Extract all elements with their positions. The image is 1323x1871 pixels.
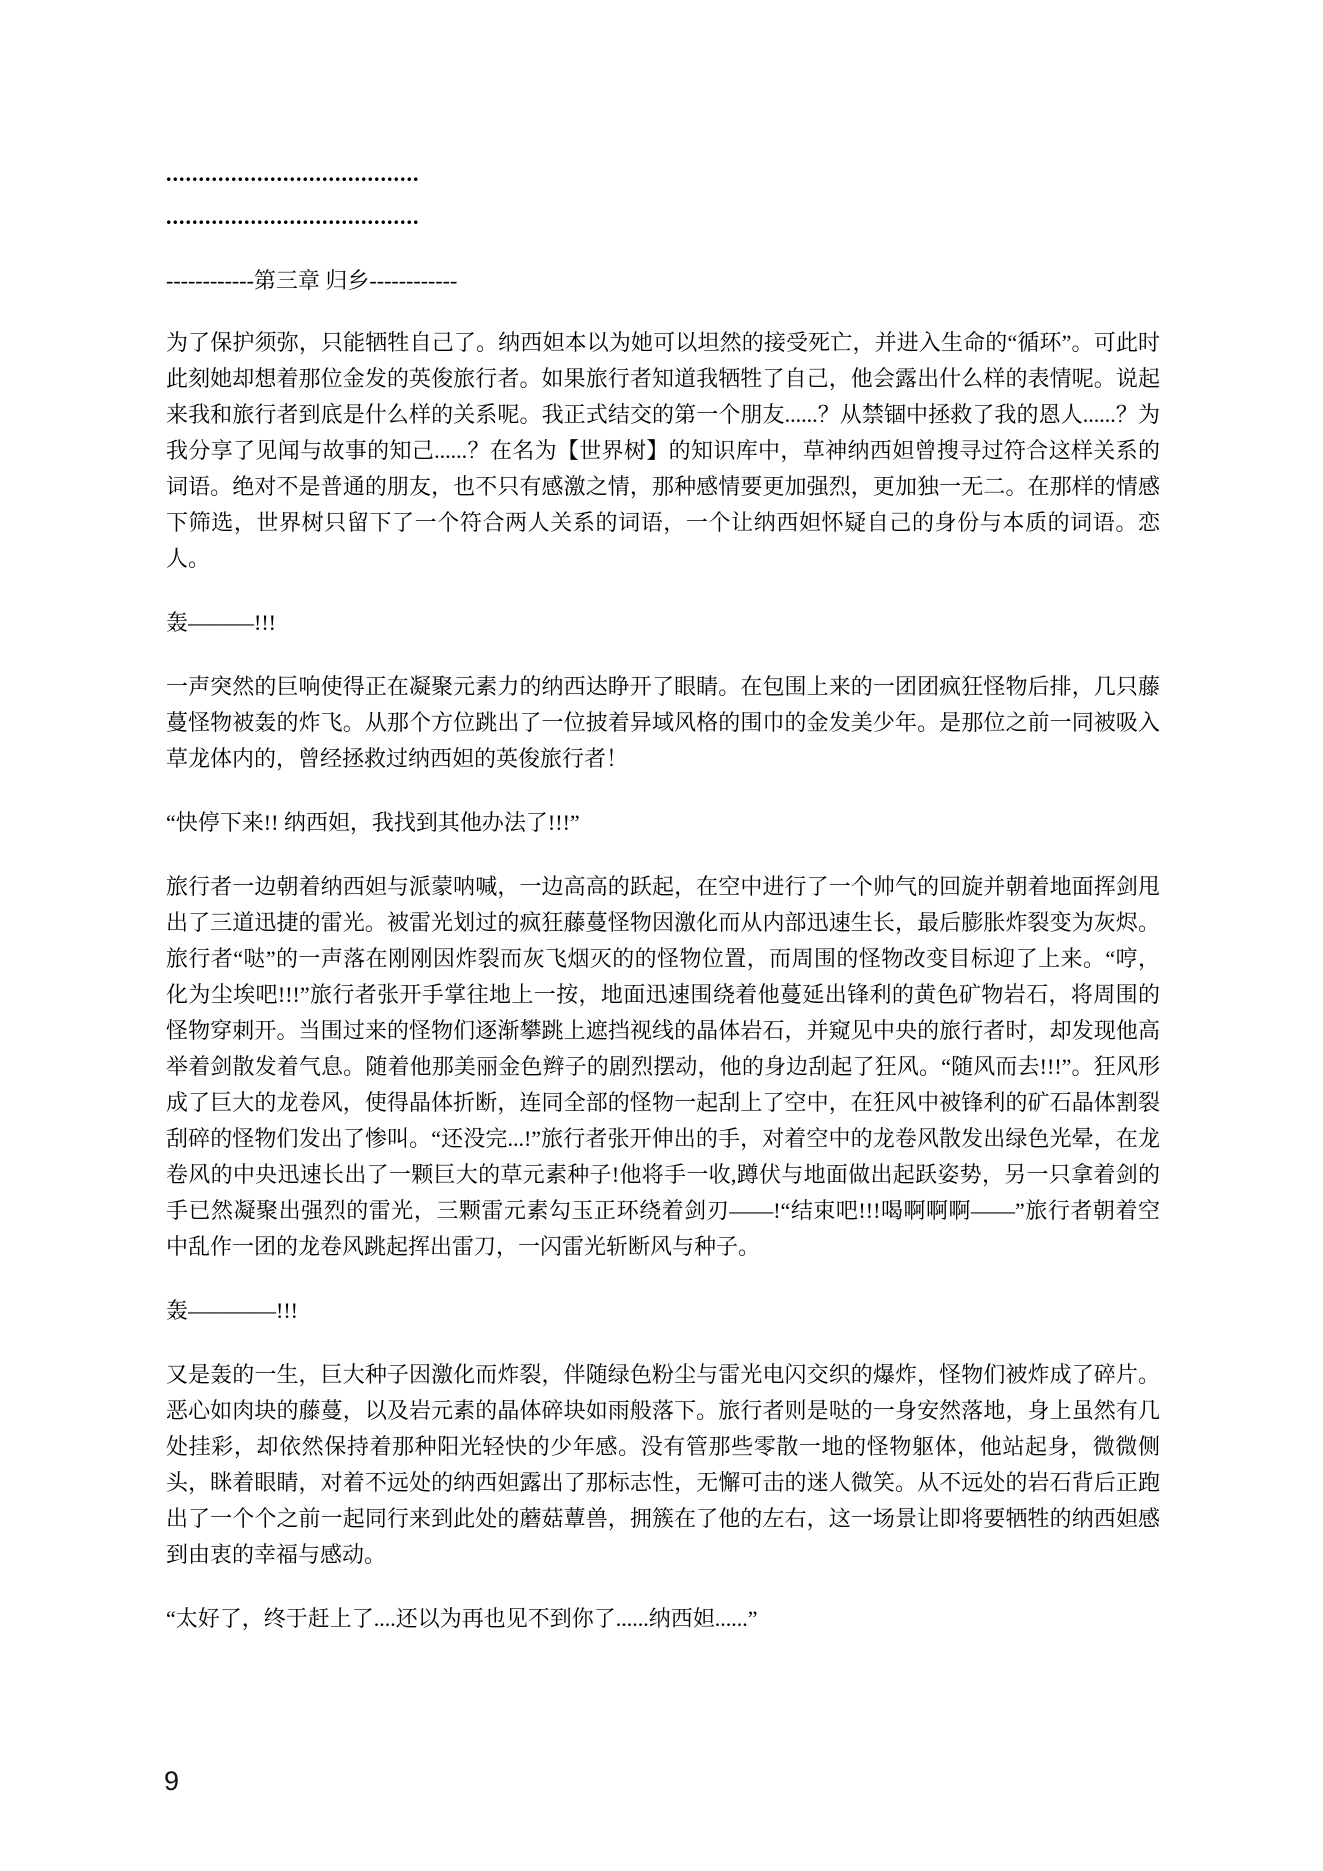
dotted-separator: ....................................... <box>166 152 1160 195</box>
paragraph-narration: 旅行者一边朝着纳西妲与派蒙呐喊，一边高高的跃起，在空中进行了一个帅气的回旋并朝着… <box>166 869 1160 1265</box>
paragraph-narration: 一声突然的巨响使得正在凝聚元素力的纳西达睁开了眼睛。在包围上来的一团团疯狂怪物后… <box>166 669 1160 777</box>
sound-effect-line: 轰————!!! <box>166 1293 1160 1329</box>
document-page: { "page": { "background": "#ffffff", "te… <box>0 0 1323 1871</box>
paragraph-narration: 为了保护须弥，只能牺牲自己了。纳西妲本以为她可以坦然的接受死亡，并进入生命的“循… <box>166 325 1160 577</box>
dialogue-line: “太好了，终于赶上了....还以为再也见不到你了......纳西妲......” <box>166 1601 1160 1637</box>
page-number: 9 <box>164 1766 179 1797</box>
dialogue-line: “快停下来!! 纳西妲，我找到其他办法了!!!” <box>166 805 1160 841</box>
paragraph-narration: 又是轰的一生，巨大种子因激化而炸裂，伴随绿色粉尘与雷光电闪交织的爆炸，怪物们被炸… <box>166 1357 1160 1573</box>
chapter-heading: ------------第三章 归乡------------ <box>166 263 1160 299</box>
sound-effect-line: 轰———!!! <box>166 605 1160 641</box>
dotted-separator: ....................................... <box>166 195 1160 238</box>
page-content: ....................................... … <box>166 152 1160 1665</box>
